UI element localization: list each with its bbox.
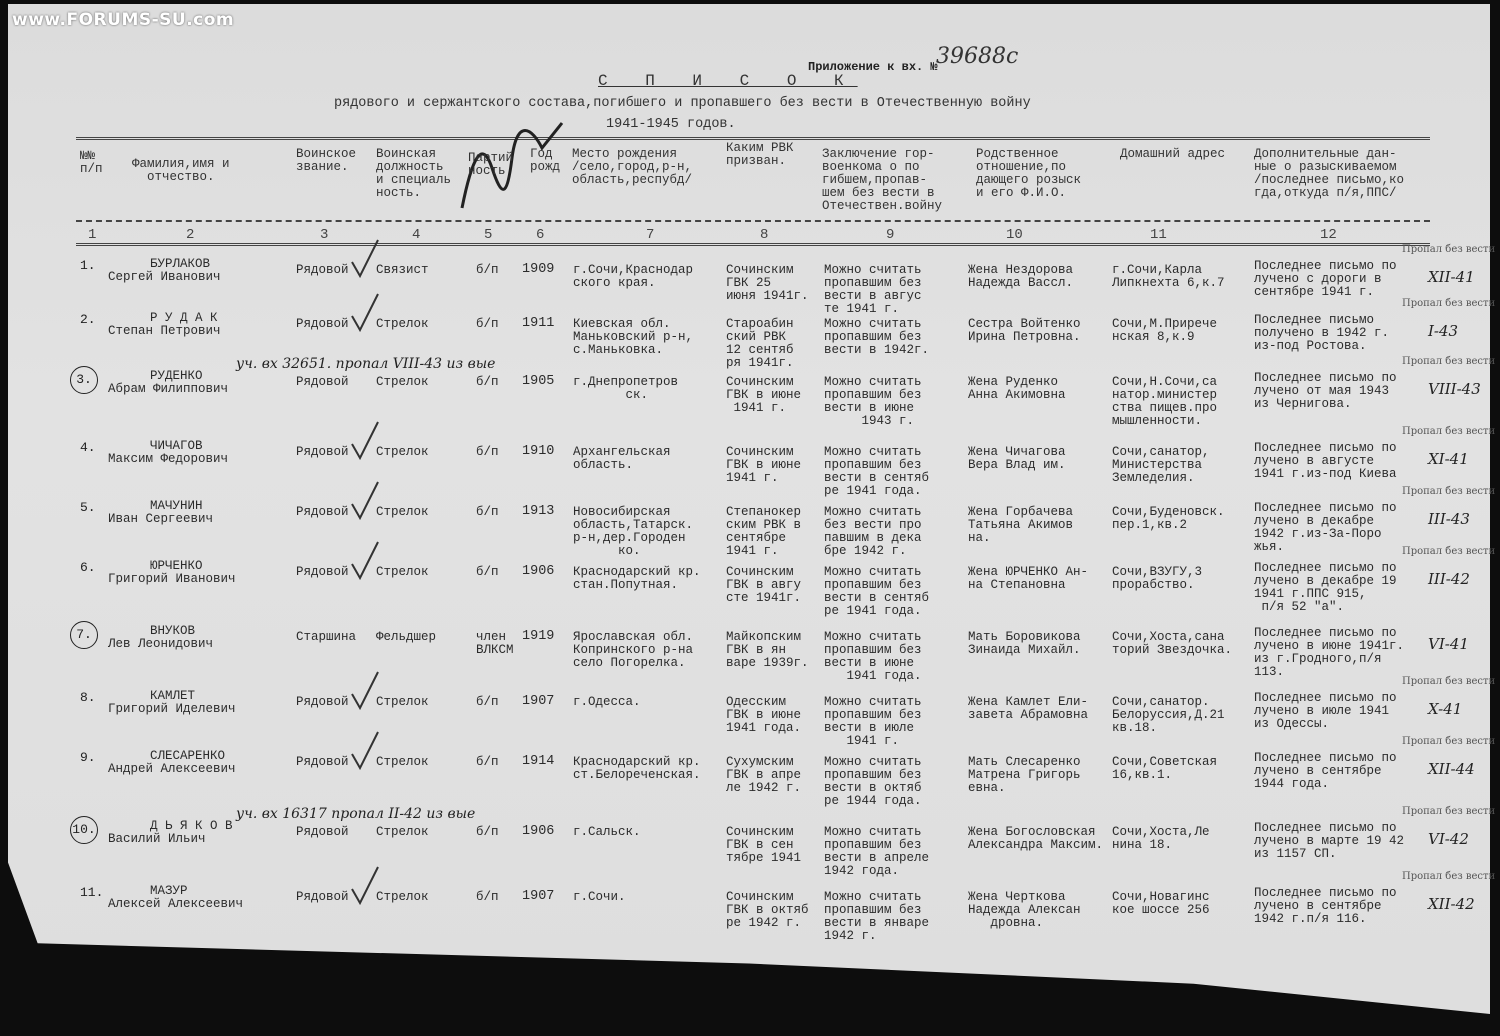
handwritten-note: X-41	[1428, 700, 1462, 718]
handwritten-annotation: уч. вх 16317 пропал II-42 из вые	[236, 806, 475, 822]
header-separator	[76, 220, 1430, 222]
birth-year: 1919	[522, 630, 554, 643]
birthplace: г.Сочи.	[573, 891, 626, 904]
home-address: Сочи,Хоста,Ле нина 18.	[1112, 826, 1210, 852]
additional-info: Последнее письмо по лучено с дороги в се…	[1254, 260, 1397, 299]
given-name: Степан Петрович	[108, 325, 221, 338]
given-name: Абрам Филиппович	[108, 383, 228, 396]
additional-info: Последнее письмо по лучено в сентябре 19…	[1254, 752, 1397, 791]
military-conclusion: Можно считать пропавшим без вести в октя…	[824, 756, 922, 808]
military-rank: Рядовой	[296, 891, 349, 904]
military-role: Стрелок	[376, 756, 429, 769]
military-role: Стрелок	[376, 506, 429, 519]
military-role: Связист	[376, 264, 429, 277]
birthplace: г.Одесса.	[573, 696, 641, 709]
missing-stamp: Пропал без вести	[1402, 426, 1495, 437]
military-role: Стрелок	[376, 891, 429, 904]
birth-year: 1914	[522, 755, 554, 768]
column-number: 11	[1150, 227, 1167, 243]
header-col-8: Каким РВК призван.	[726, 142, 794, 168]
conscription-office: Сочинским ГВК в июне 1941 г.	[726, 446, 801, 485]
checkmark-icon	[350, 480, 380, 520]
row-number: 5.	[80, 500, 96, 515]
party-membership: б/п	[476, 446, 499, 459]
checkmark-icon	[350, 670, 380, 710]
relative: Жена Черткова Надежда Алексан дровна.	[968, 891, 1081, 930]
birth-year: 1909	[522, 263, 554, 276]
missing-stamp: Пропал без вести	[1402, 356, 1495, 367]
column-number: 3	[320, 227, 328, 243]
conscription-office: Сочинским ГВК в октяб ре 1942 г.	[726, 891, 809, 930]
conscription-office: Степанокер ским РВК в сентябре 1941 г.	[726, 506, 801, 558]
column-number: 6	[536, 227, 544, 243]
birth-year: 1910	[522, 445, 554, 458]
military-rank: Рядовой	[296, 446, 349, 459]
missing-stamp: Пропал без вести	[1402, 736, 1495, 747]
relative: Жена Чичагова Вера Влад им.	[968, 446, 1066, 472]
missing-stamp: Пропал без вести	[1402, 298, 1495, 309]
military-role: Стрелок	[376, 696, 429, 709]
handwritten-note: VI-42	[1428, 830, 1469, 848]
site-watermark: www.FORUMS-SU.com	[12, 10, 234, 30]
row-number: 6.	[80, 560, 96, 575]
birthplace: г.Днепропетров ск.	[573, 376, 678, 402]
additional-info: Последнее письмо получено в 1942 г. из-п…	[1254, 314, 1389, 353]
military-rank: Рядовой	[296, 318, 349, 331]
given-name: Андрей Алексеевич	[108, 763, 236, 776]
missing-stamp: Пропал без вести	[1402, 486, 1495, 497]
handwritten-note: XII-41	[1428, 268, 1475, 286]
additional-info: Последнее письмо по лучено в декабре 19 …	[1254, 562, 1397, 614]
header-col-11: Домашний адрес	[1120, 148, 1225, 161]
relative: Жена ЮРЧЕНКО Ан- на Степановна	[968, 566, 1088, 592]
column-number: 8	[760, 227, 768, 243]
row-number: 4.	[80, 440, 96, 455]
birthplace: г.Сальск.	[573, 826, 641, 839]
home-address: г.Сочи,Карла Липкнехта 6,к.7	[1112, 264, 1225, 290]
given-name: Лев Леонидович	[108, 638, 213, 651]
row-number: 10.	[70, 816, 98, 844]
additional-info: Последнее письмо по лучено в июле 1941 и…	[1254, 692, 1397, 731]
handwritten-note: XII-44	[1428, 760, 1475, 778]
given-name: Сергей Иванович	[108, 271, 221, 284]
party-membership: б/п	[476, 318, 499, 331]
military-rank: Рядовой	[296, 826, 349, 839]
military-role: Фельдшер	[376, 631, 436, 644]
conscription-office: Сочинским ГВК в сен тябре 1941	[726, 826, 801, 865]
party-membership: б/п	[476, 826, 499, 839]
row-number: 11.	[80, 885, 103, 900]
table-header-bottom-rule	[76, 243, 1430, 246]
birth-year: 1911	[522, 317, 554, 330]
checkmark-icon	[350, 865, 380, 905]
handwritten-note: VIII-43	[1428, 380, 1481, 398]
military-conclusion: Можно считать пропавшим без вести в авгу…	[824, 264, 922, 316]
birthplace: Новосибирская область,Татарск. р-н,дер.Г…	[573, 506, 693, 558]
relative: Жена Руденко Анна Акимовна	[968, 376, 1066, 402]
birthplace: г.Сочи,Краснодар ского края.	[573, 264, 693, 290]
military-rank: Рядовой	[296, 506, 349, 519]
header-col-2: Фамилия,имя и отчество.	[132, 158, 230, 184]
party-membership: б/п	[476, 756, 499, 769]
military-rank: Рядовой	[296, 696, 349, 709]
birth-year: 1905	[522, 375, 554, 388]
column-number: 12	[1320, 227, 1337, 243]
relative: Мать Боровикова Зинаида Михайл.	[968, 631, 1081, 657]
header-col-5: Партий ность	[468, 152, 513, 178]
handwritten-note: I-43	[1428, 322, 1458, 340]
additional-info: Последнее письмо по лучено в июне 1941г.…	[1254, 627, 1404, 679]
birth-year: 1906	[522, 825, 554, 838]
header-col-4: Воинская должность и специаль ность.	[376, 148, 451, 200]
checkmark-icon	[350, 540, 380, 580]
missing-stamp: Пропал без вести	[1402, 546, 1495, 557]
birthplace: Ярославская обл. Копринского р-на село П…	[573, 631, 693, 670]
conscription-office: Староабин ский РВК 12 сентяб ря 1941г.	[726, 318, 794, 370]
conscription-office: Одесским ГВК в июне 1941 года.	[726, 696, 801, 735]
party-membership: б/п	[476, 506, 499, 519]
military-conclusion: Можно считать пропавшим без вести в июле…	[824, 696, 922, 748]
relative: Жена Камлет Ели- завета Абрамовна	[968, 696, 1088, 722]
relative: Мать Слесаренко Матрена Григорь евна.	[968, 756, 1081, 795]
missing-stamp: Пропал без вести	[1402, 244, 1495, 255]
header-col-3: Воинское звание.	[296, 148, 356, 174]
handwritten-note: III-43	[1428, 510, 1470, 528]
given-name: Алексей Алексеевич	[108, 898, 243, 911]
header-col-7: Место рождения /село,город,р-н, область,…	[572, 148, 692, 187]
birth-year: 1907	[522, 695, 554, 708]
row-number: 7.	[70, 621, 98, 649]
conscription-office: Сочинским ГВК в июне 1941 г.	[726, 376, 801, 415]
given-name: Григорий Иделевич	[108, 703, 236, 716]
military-rank: Рядовой	[296, 756, 349, 769]
military-role: Стрелок	[376, 566, 429, 579]
home-address: Сочи,санатор. Белоруссия,Д.21 кв.18.	[1112, 696, 1225, 735]
checkmark-icon	[350, 420, 380, 460]
additional-info: Последнее письмо по лучено в августе 194…	[1254, 442, 1397, 481]
relative: Жена Нездорова Надежда Васcл.	[968, 264, 1073, 290]
additional-info: Последнее письмо по лучено в марте 19 42…	[1254, 822, 1404, 861]
military-conclusion: Можно считать пропавшим без вести в апре…	[824, 826, 929, 878]
birthplace: Краснодарский кр. стан.Попутная.	[573, 566, 701, 592]
party-membership: б/п	[476, 264, 499, 277]
home-address: Сочи,ВЗУГУ,3 прорабство.	[1112, 566, 1202, 592]
row-number: 8.	[80, 690, 96, 705]
military-rank: Рядовой	[296, 566, 349, 579]
row-number: 9.	[80, 750, 96, 765]
military-conclusion: Можно считать пропавшим без вести в сент…	[824, 446, 929, 498]
checkmark-icon	[350, 730, 380, 770]
home-address: Сочи,Новагинс кое шоссе 256	[1112, 891, 1210, 917]
conscription-office: Сухумским ГВК в апре ле 1942 г.	[726, 756, 801, 795]
reference-number: 39688с	[936, 44, 1018, 69]
conscription-office: Майкопским ГВК в ян варе 1939г.	[726, 631, 809, 670]
given-name: Максим Федорович	[108, 453, 228, 466]
reference-stamp: Приложение к вх. №	[808, 60, 938, 74]
document-subtitle-years: 1941-1945 годов.	[606, 117, 736, 132]
military-rank: Рядовой	[296, 264, 349, 277]
military-role: Стрелок	[376, 826, 429, 839]
additional-info: Последнее письмо по лучено в сентябре 19…	[1254, 887, 1397, 926]
military-conclusion: Можно считать пропавшим без вести в июне…	[824, 631, 922, 683]
document-title: С П И С О К	[598, 72, 858, 90]
missing-stamp: Пропал без вести	[1402, 676, 1495, 687]
column-number: 5	[484, 227, 492, 243]
column-number: 7	[646, 227, 654, 243]
party-membership: б/п	[476, 891, 499, 904]
military-role: Стрелок	[376, 376, 429, 389]
birthplace: Краснодарский кр. ст.Белореченская.	[573, 756, 701, 782]
military-rank: Старшина	[296, 631, 356, 644]
home-address: Сочи,Н.Сочи,са натор.министер ства пищев…	[1112, 376, 1217, 428]
column-number: 2	[186, 227, 194, 243]
column-number: 4	[412, 227, 420, 243]
party-membership: б/п	[476, 696, 499, 709]
column-number: 9	[886, 227, 894, 243]
handwritten-annotation: уч. вх 32651. пропал VIII-43 из вые	[236, 356, 495, 372]
additional-info: Последнее письмо по лучено в декабре 194…	[1254, 502, 1397, 554]
military-conclusion: Можно считать пропавшим без вести в янва…	[824, 891, 929, 943]
row-number: 2.	[80, 312, 96, 327]
handwritten-note: XII-42	[1428, 895, 1475, 913]
missing-stamp: Пропал без вести	[1402, 871, 1495, 882]
row-number: 1.	[80, 258, 96, 273]
military-conclusion: Можно считать без вести про павшим в дек…	[824, 506, 922, 558]
military-role: Стрелок	[376, 446, 429, 459]
home-address: Сочи,Хоста,сана торий Звездочка.	[1112, 631, 1232, 657]
additional-info: Последнее письмо по лучено от мая 1943 и…	[1254, 372, 1397, 411]
military-conclusion: Можно считать пропавшим без вести в 1942…	[824, 318, 929, 357]
given-name: Иван Сергеевич	[108, 513, 213, 526]
row-number: 3.	[70, 366, 98, 394]
home-address: Сочи,Буденовск. пер.1,кв.2	[1112, 506, 1225, 532]
column-number: 10	[1006, 227, 1023, 243]
relative: Жена Богословская Александра Максим.	[968, 826, 1103, 852]
header-col-9: Заключение гор- военкома о по гибшем,про…	[822, 148, 942, 213]
given-name: Василий Ильич	[108, 833, 206, 846]
column-number: 1	[88, 227, 96, 243]
party-membership: член ВЛКСМ	[476, 631, 514, 657]
home-address: Сочи,Советская 16,кв.1.	[1112, 756, 1217, 782]
handwritten-note: XI-41	[1428, 450, 1469, 468]
military-conclusion: Можно считать пропавшим без вести в июне…	[824, 376, 922, 428]
relative: Жена Горбачева Татьяна Акимов на.	[968, 506, 1073, 545]
birthplace: Киевская обл. Маньковский р-н, с.Маньков…	[573, 318, 693, 357]
birthplace: Архангельская область.	[573, 446, 671, 472]
military-rank: Рядовой	[296, 376, 349, 389]
birth-year: 1913	[522, 505, 554, 518]
conscription-office: Сочинским ГВК в авгу сте 1941г.	[726, 566, 801, 605]
handwritten-note: VI-41	[1428, 635, 1469, 653]
relative: Сестра Войтенко Ирина Петровна.	[968, 318, 1081, 344]
military-role: Стрелок	[376, 318, 429, 331]
party-membership: б/п	[476, 376, 499, 389]
missing-stamp: Пропал без вести	[1402, 806, 1495, 817]
document-subtitle: рядового и сержантского состава,погибшег…	[334, 96, 1031, 111]
checkmark-icon	[350, 238, 380, 278]
checkmark-icon	[350, 292, 380, 332]
header-col-6: Год рожд	[530, 148, 560, 174]
birth-year: 1906	[522, 565, 554, 578]
given-name: Григорий Иванович	[108, 573, 236, 586]
conscription-office: Сочинским ГВК 25 июня 1941г.	[726, 264, 809, 303]
military-conclusion: Можно считать пропавшим без вести в сент…	[824, 566, 929, 618]
party-membership: б/п	[476, 566, 499, 579]
header-col-1: №№ п/п	[80, 150, 103, 176]
home-address: Сочи,санатор, Министерства Земледелия.	[1112, 446, 1210, 485]
home-address: Сочи,М.Приречe нская 8,к.9	[1112, 318, 1217, 344]
header-col-10: Родственное отношение,по дающего розыск …	[976, 148, 1081, 200]
handwritten-note: III-42	[1428, 570, 1470, 588]
header-col-12: Дополнительные дан- ные о разыскиваемом …	[1254, 148, 1404, 200]
birth-year: 1907	[522, 890, 554, 903]
table-top-rule	[76, 137, 1430, 140]
